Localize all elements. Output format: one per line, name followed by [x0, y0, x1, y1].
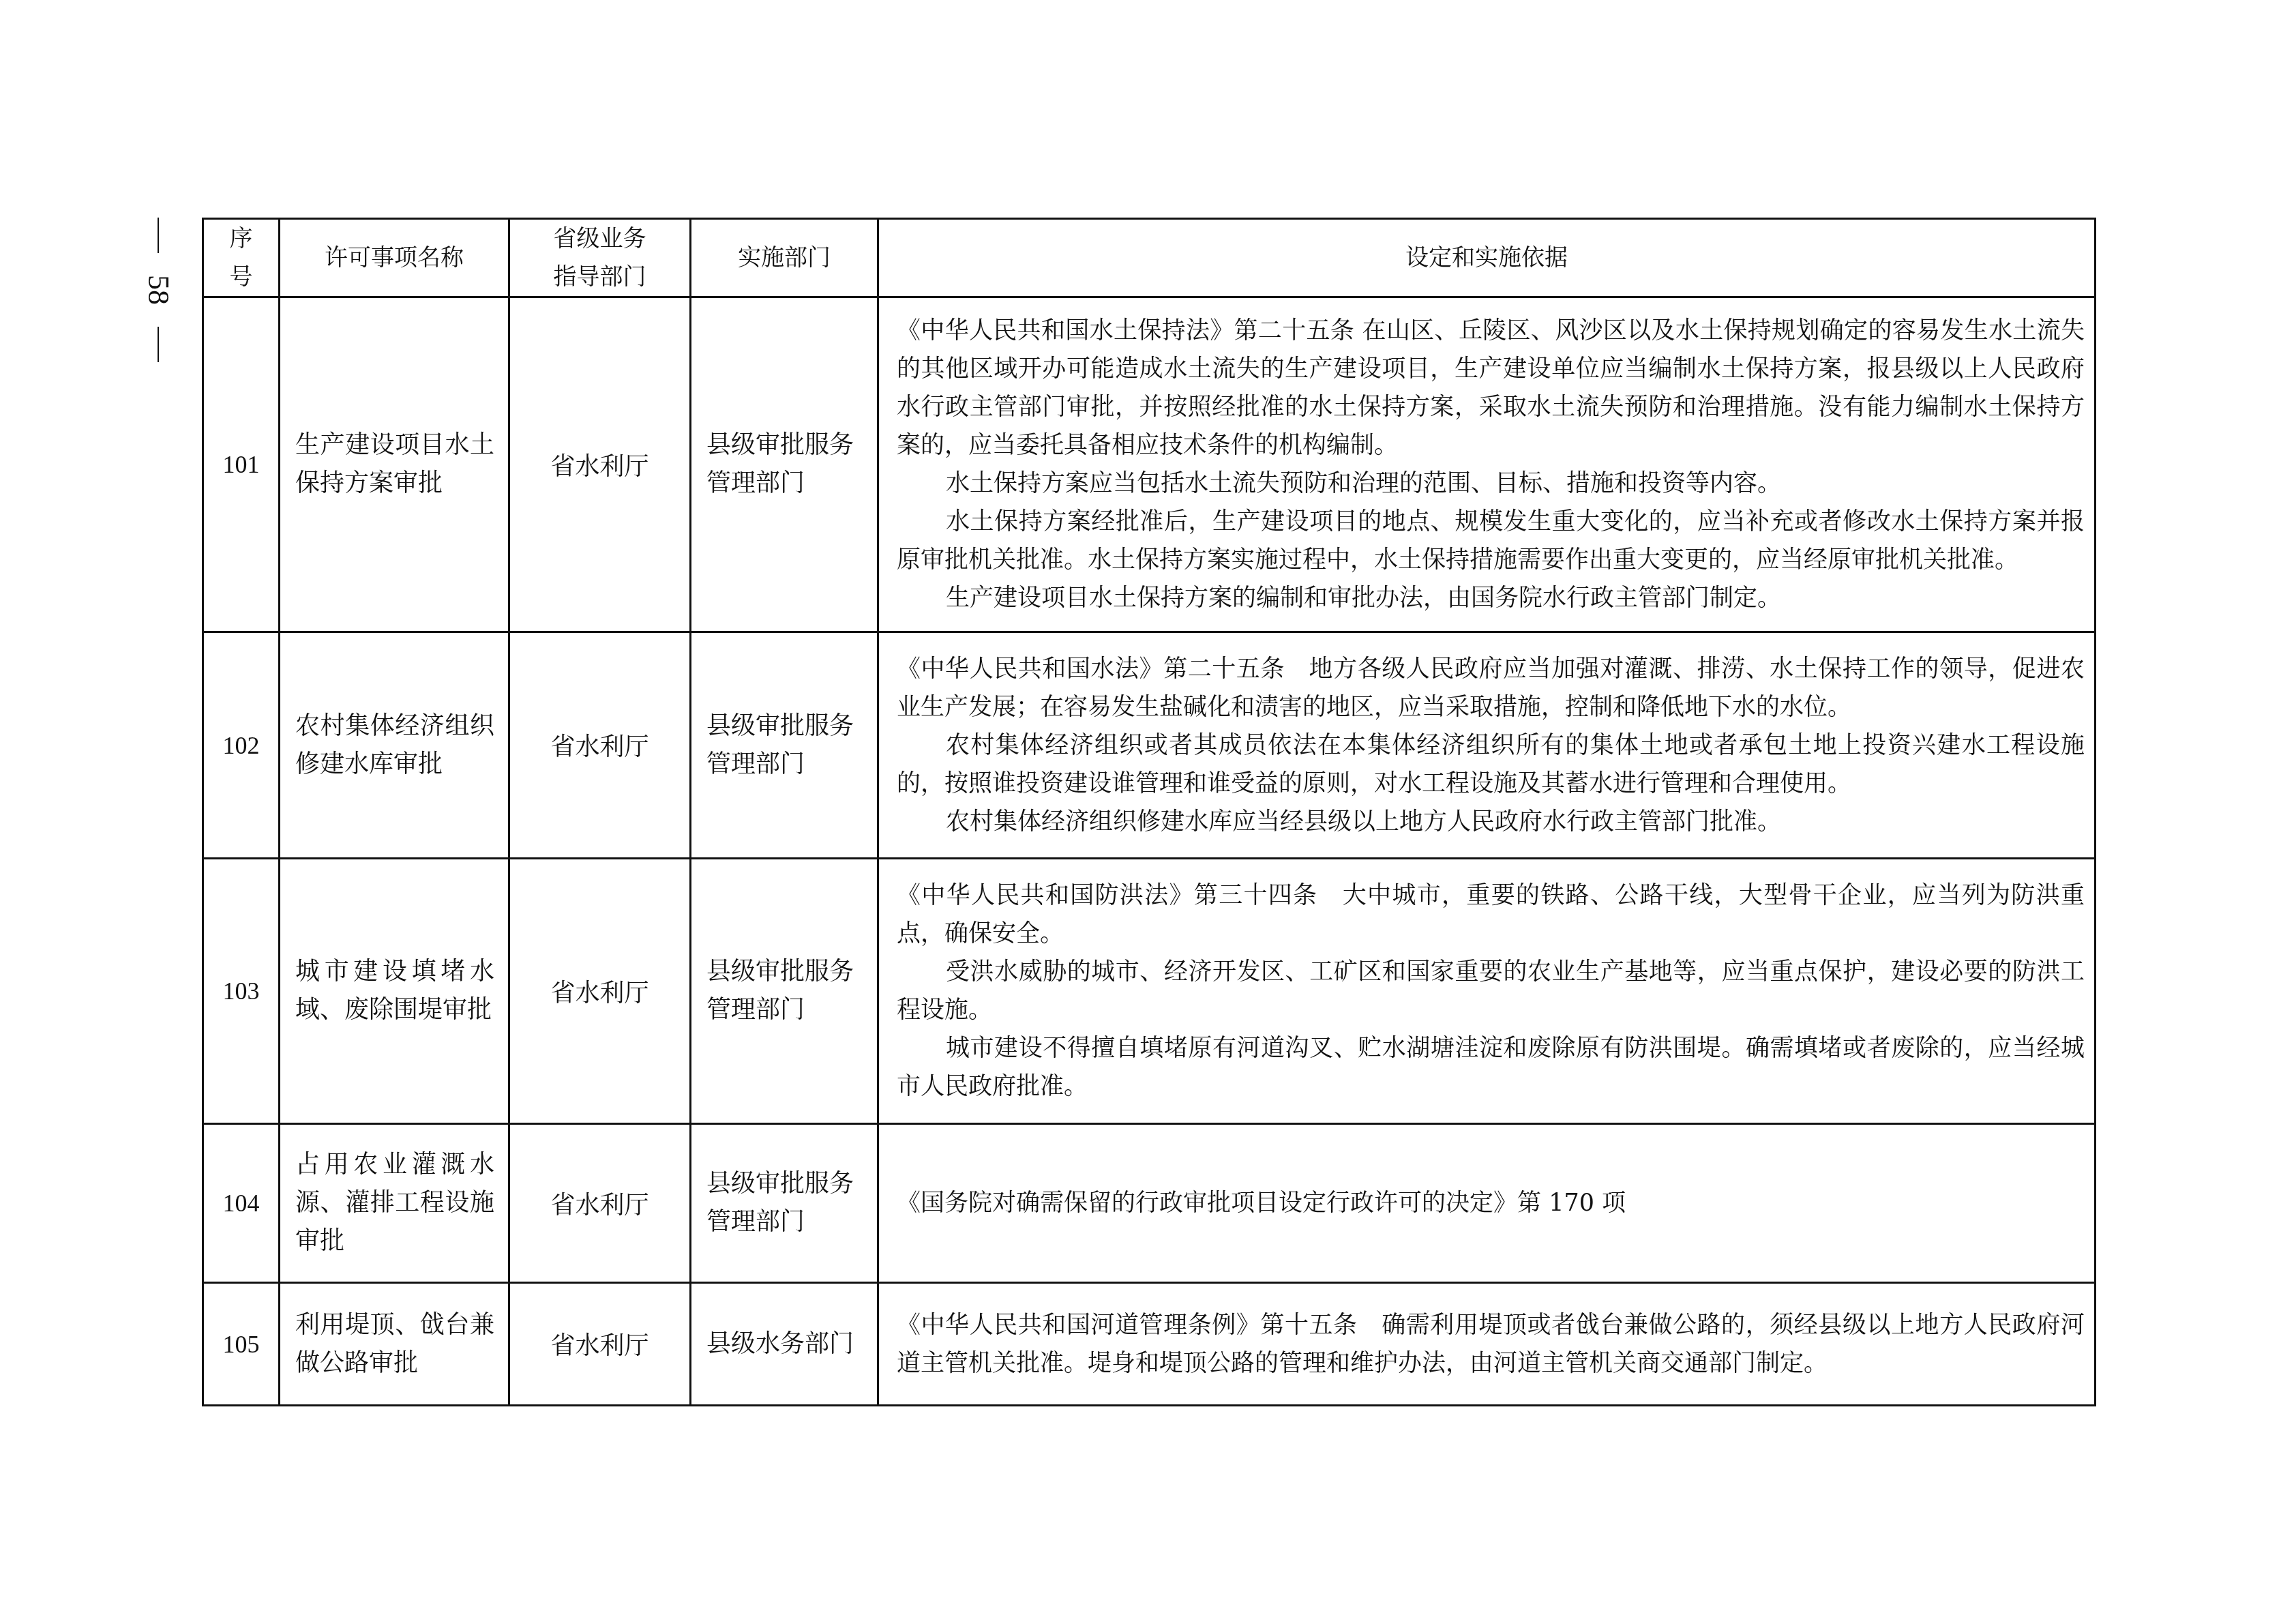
- header-no: 序 号: [203, 219, 280, 297]
- row-item-name: 占用农业灌溉水 源、灌排工程设施 审批: [280, 1124, 509, 1283]
- row-impl-dept: 县级审批服务 管理部门: [691, 297, 878, 632]
- header-basis: 设定和实施依据: [878, 219, 2096, 297]
- impl-dept-line: 县级水务部门: [706, 1325, 863, 1363]
- permit-items-table: 序 号 许可事项名称 省级业务 指导部门 实施部门 设定和实施依据 101 生产…: [202, 218, 2096, 1406]
- table-row: 101 生产建设项目水土 保持方案审批 省水利厅 县级审批服务 管理部门 《中华…: [203, 297, 2096, 632]
- impl-dept-line: 县级审批服务: [706, 953, 863, 991]
- row-basis: 《中华人民共和国水法》第二十五条 地方各级人民政府应当加强对灌溉、排涝、水土保持…: [878, 632, 2096, 859]
- item-name-line: 域、废除围堤审批: [295, 996, 492, 1024]
- impl-dept-line: 管理部门: [706, 991, 863, 1029]
- impl-dept-line: 县级审批服务: [706, 1165, 863, 1203]
- table-row: 103 城市建设填堵水 域、废除围堤审批 省水利厅 县级审批服务 管理部门 《中…: [203, 859, 2096, 1124]
- row-impl-dept: 县级审批服务 管理部门: [691, 632, 878, 859]
- row-impl-dept: 县级审批服务 管理部门: [691, 1124, 878, 1283]
- row-basis: 《国务院对确需保留的行政审批项目设定行政许可的决定》第 170 项: [878, 1124, 2096, 1283]
- row-no: 103: [203, 859, 280, 1124]
- impl-dept-line: 管理部门: [706, 464, 863, 503]
- item-name-line: 城市建设填堵水: [295, 953, 494, 991]
- header-item-name: 许可事项名称: [280, 219, 509, 297]
- row-no: 104: [203, 1124, 280, 1283]
- basis-paragraph: 水土保持方案经批准后，生产建设项目的地点、规模发生重大变化的，应当补充或者修改水…: [897, 503, 2085, 579]
- row-item-name: 生产建设项目水土 保持方案审批: [280, 297, 509, 632]
- header-guide-dept-line2: 指导部门: [510, 258, 689, 296]
- header-impl-dept: 实施部门: [691, 219, 878, 297]
- page-number: 58: [140, 218, 176, 368]
- impl-dept-line: 县级审批服务: [706, 426, 863, 464]
- header-guide-dept: 省级业务 指导部门: [509, 219, 691, 297]
- impl-dept-line: 管理部门: [706, 745, 863, 784]
- header-no-line2: 号: [204, 258, 278, 296]
- row-guide-dept: 省水利厅: [509, 859, 691, 1124]
- table-header-row: 序 号 许可事项名称 省级业务 指导部门 实施部门 设定和实施依据: [203, 219, 2096, 297]
- impl-dept-line: 县级审批服务: [706, 707, 863, 745]
- item-name-line: 占用农业灌溉水: [295, 1146, 494, 1184]
- basis-paragraph: 《国务院对确需保留的行政审批项目设定行政许可的决定》第 170 项: [897, 1184, 2085, 1222]
- basis-paragraph: 《中华人民共和国河道管理条例》第十五条 确需利用堤顶或者戗台兼做公路的，须经县级…: [897, 1306, 2085, 1383]
- row-no: 102: [203, 632, 280, 859]
- basis-paragraph: 农村集体经济组织或者其成员依法在本集体经济组织所有的集体土地或者承包土地上投资兴…: [897, 726, 2085, 803]
- row-guide-dept: 省水利厅: [509, 297, 691, 632]
- basis-paragraph: 城市建设不得擅自填堵原有河道沟叉、贮水湖塘洼淀和废除原有防洪围堤。确需填堵或者废…: [897, 1029, 2085, 1106]
- item-name-line: 源、灌排工程设施: [295, 1184, 494, 1222]
- basis-paragraph: 《中华人民共和国水土保持法》第二十五条 在山区、丘陵区、风沙区以及水土保持规划确…: [897, 312, 2085, 464]
- row-item-name: 利用堤顶、戗台兼 做公路审批: [280, 1283, 509, 1406]
- page-number-dash-bottom: [158, 327, 159, 362]
- basis-paragraph: 生产建设项目水土保持方案的编制和审批办法，由国务院水行政主管部门制定。: [897, 579, 2085, 617]
- row-guide-dept: 省水利厅: [509, 1283, 691, 1406]
- table-row: 104 占用农业灌溉水 源、灌排工程设施 审批 省水利厅 县级审批服务 管理部门…: [203, 1124, 2096, 1283]
- header-no-line1: 序: [204, 220, 278, 258]
- row-guide-dept: 省水利厅: [509, 632, 691, 859]
- row-impl-dept: 县级审批服务 管理部门: [691, 859, 878, 1124]
- item-name-line: 保持方案审批: [295, 469, 443, 497]
- page-number-value: 58: [140, 275, 176, 305]
- row-no: 101: [203, 297, 280, 632]
- table-row: 102 农村集体经济组织 修建水库审批 省水利厅 县级审批服务 管理部门 《中华…: [203, 632, 2096, 859]
- basis-paragraph: 受洪水威胁的城市、经济开发区、工矿区和国家重要的农业生产基地等，应当重点保护，建…: [897, 953, 2085, 1029]
- header-guide-dept-line1: 省级业务: [510, 220, 689, 258]
- basis-paragraph: 水土保持方案应当包括水土流失预防和治理的范围、目标、措施和投资等内容。: [897, 464, 2085, 503]
- row-impl-dept: 县级水务部门: [691, 1283, 878, 1406]
- page-number-dash-top: [158, 218, 159, 253]
- item-name-line: 修建水库审批: [295, 750, 443, 778]
- row-no: 105: [203, 1283, 280, 1406]
- row-item-name: 城市建设填堵水 域、废除围堤审批: [280, 859, 509, 1124]
- row-item-name: 农村集体经济组织 修建水库审批: [280, 632, 509, 859]
- item-name-line: 做公路审批: [295, 1349, 418, 1377]
- basis-paragraph: 《中华人民共和国防洪法》第三十四条 大中城市，重要的铁路、公路干线，大型骨干企业…: [897, 876, 2085, 953]
- row-basis: 《中华人民共和国河道管理条例》第十五条 确需利用堤顶或者戗台兼做公路的，须经县级…: [878, 1283, 2096, 1406]
- impl-dept-line: 管理部门: [706, 1203, 863, 1241]
- item-name-line: 利用堤顶、戗台兼: [295, 1306, 494, 1344]
- row-guide-dept: 省水利厅: [509, 1124, 691, 1283]
- row-basis: 《中华人民共和国防洪法》第三十四条 大中城市，重要的铁路、公路干线，大型骨干企业…: [878, 859, 2096, 1124]
- item-name-line: 生产建设项目水土: [295, 426, 494, 464]
- basis-paragraph: 农村集体经济组织修建水库应当经县级以上地方人民政府水行政主管部门批准。: [897, 803, 2085, 841]
- row-basis: 《中华人民共和国水土保持法》第二十五条 在山区、丘陵区、风沙区以及水土保持规划确…: [878, 297, 2096, 632]
- basis-paragraph: 《中华人民共和国水法》第二十五条 地方各级人民政府应当加强对灌溉、排涝、水土保持…: [897, 650, 2085, 726]
- item-name-line: 审批: [295, 1227, 344, 1255]
- table-row: 105 利用堤顶、戗台兼 做公路审批 省水利厅 县级水务部门 《中华人民共和国河…: [203, 1283, 2096, 1406]
- item-name-line: 农村集体经济组织: [295, 707, 494, 745]
